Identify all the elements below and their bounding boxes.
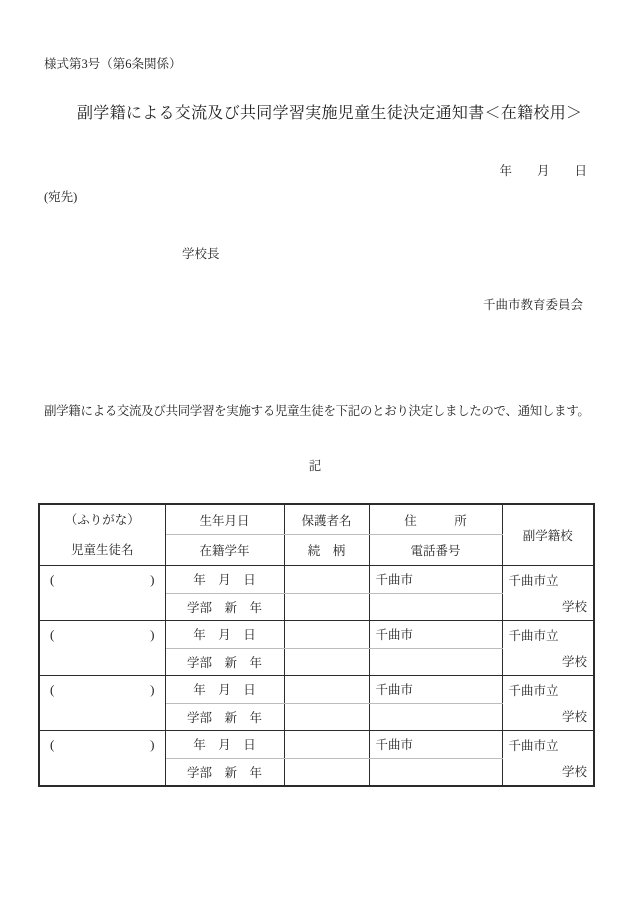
grade-cell: 学部 新 年 [165,758,284,786]
sub-school-cell: 千曲市立 学校 [502,621,594,676]
school-suffix: 学校 [509,707,588,725]
school-prefix: 千曲市立 [509,681,588,699]
birth-date-cell: 年 月 日 [165,676,284,704]
date-line: 年 月 日 [499,161,587,179]
sub-school-cell: 千曲市立 学校 [502,566,594,621]
principal-label: 学校長 [182,244,220,262]
document-page: 様式第3号（第6条関係） 副学籍による交流及び共同学習実施児童生徒決定通知書＜在… [0,0,630,903]
grade-cell: 学部 新 年 [165,703,284,731]
school-prefix: 千曲市立 [509,626,588,644]
paren-close: ) [150,572,154,588]
address-cell: 千曲市 [369,676,502,704]
paren-open: ( [50,737,54,753]
student-name-cell: ( ) [39,566,165,621]
school-suffix: 学校 [509,762,588,780]
phone-cell [369,758,502,786]
phone-cell [369,593,502,621]
student-decision-table: （ふりがな） 児童生徒名 生年月日 保護者名 住 所 副学籍校 在籍学年 続 柄… [38,503,595,787]
guardian-name-cell [284,566,369,594]
header-address-label: 住 所 [369,504,502,535]
relationship-cell [284,703,369,731]
relationship-cell [284,648,369,676]
relationship-cell [284,593,369,621]
grade-cell: 学部 新 年 [165,593,284,621]
header-phone-label: 電話番号 [369,535,502,566]
table-row: ( ) 年 月 日 千曲市 千曲市立 学校 [39,621,594,649]
guardian-name-cell [284,731,369,759]
paren-close: ) [150,627,154,643]
birth-date-cell: 年 月 日 [165,566,284,594]
relationship-cell [284,758,369,786]
header-birth-date-label: 生年月日 [165,504,284,535]
birth-date-cell: 年 月 日 [165,621,284,649]
header-sub-school-label: 副学籍校 [502,504,594,566]
paren-open: ( [50,682,54,698]
guardian-name-cell [284,676,369,704]
address-cell: 千曲市 [369,566,502,594]
school-suffix: 学校 [509,597,588,615]
birth-date-cell: 年 月 日 [165,731,284,759]
student-name-cell: ( ) [39,731,165,787]
table-header-row-top: （ふりがな） 児童生徒名 生年月日 保護者名 住 所 副学籍校 [39,504,594,535]
header-furigana-label: （ふりがな） [40,505,165,535]
address-cell: 千曲市 [369,621,502,649]
header-guardian-name-label: 保護者名 [284,504,369,535]
header-student-name-label: 児童生徒名 [40,535,165,565]
student-name-cell: ( ) [39,621,165,676]
sub-school-cell: 千曲市立 学校 [502,731,594,787]
paren-close: ) [150,737,154,753]
issuer-name: 千曲市教育委員会 [483,295,583,313]
sub-school-cell: 千曲市立 学校 [502,676,594,731]
header-student-name-cell: （ふりがな） 児童生徒名 [39,504,165,566]
table-row: ( ) 年 月 日 千曲市 千曲市立 学校 [39,731,594,759]
header-enrolled-grade-label: 在籍学年 [165,535,284,566]
phone-cell [369,703,502,731]
paren-close: ) [150,682,154,698]
school-prefix: 千曲市立 [509,736,588,754]
paren-open: ( [50,572,54,588]
table-row: ( ) 年 月 日 千曲市 千曲市立 学校 [39,566,594,594]
address-cell: 千曲市 [369,731,502,759]
paren-open: ( [50,627,54,643]
record-marker: 記 [0,456,630,474]
recipient-label: (宛先) [44,187,77,205]
form-number: 様式第3号（第6条関係） [44,54,182,72]
student-name-cell: ( ) [39,676,165,731]
grade-cell: 学部 新 年 [165,648,284,676]
school-suffix: 学校 [509,652,588,670]
table-row: ( ) 年 月 日 千曲市 千曲市立 学校 [39,676,594,704]
guardian-name-cell [284,621,369,649]
document-title: 副学籍による交流及び共同学習実施児童生徒決定通知書＜在籍校用＞ [77,100,582,123]
body-text: 副学籍による交流及び共同学習を実施する児童生徒を下記のとおり決定しましたので、通… [44,401,590,419]
header-relationship-label: 続 柄 [284,535,369,566]
phone-cell [369,648,502,676]
school-prefix: 千曲市立 [509,571,588,589]
